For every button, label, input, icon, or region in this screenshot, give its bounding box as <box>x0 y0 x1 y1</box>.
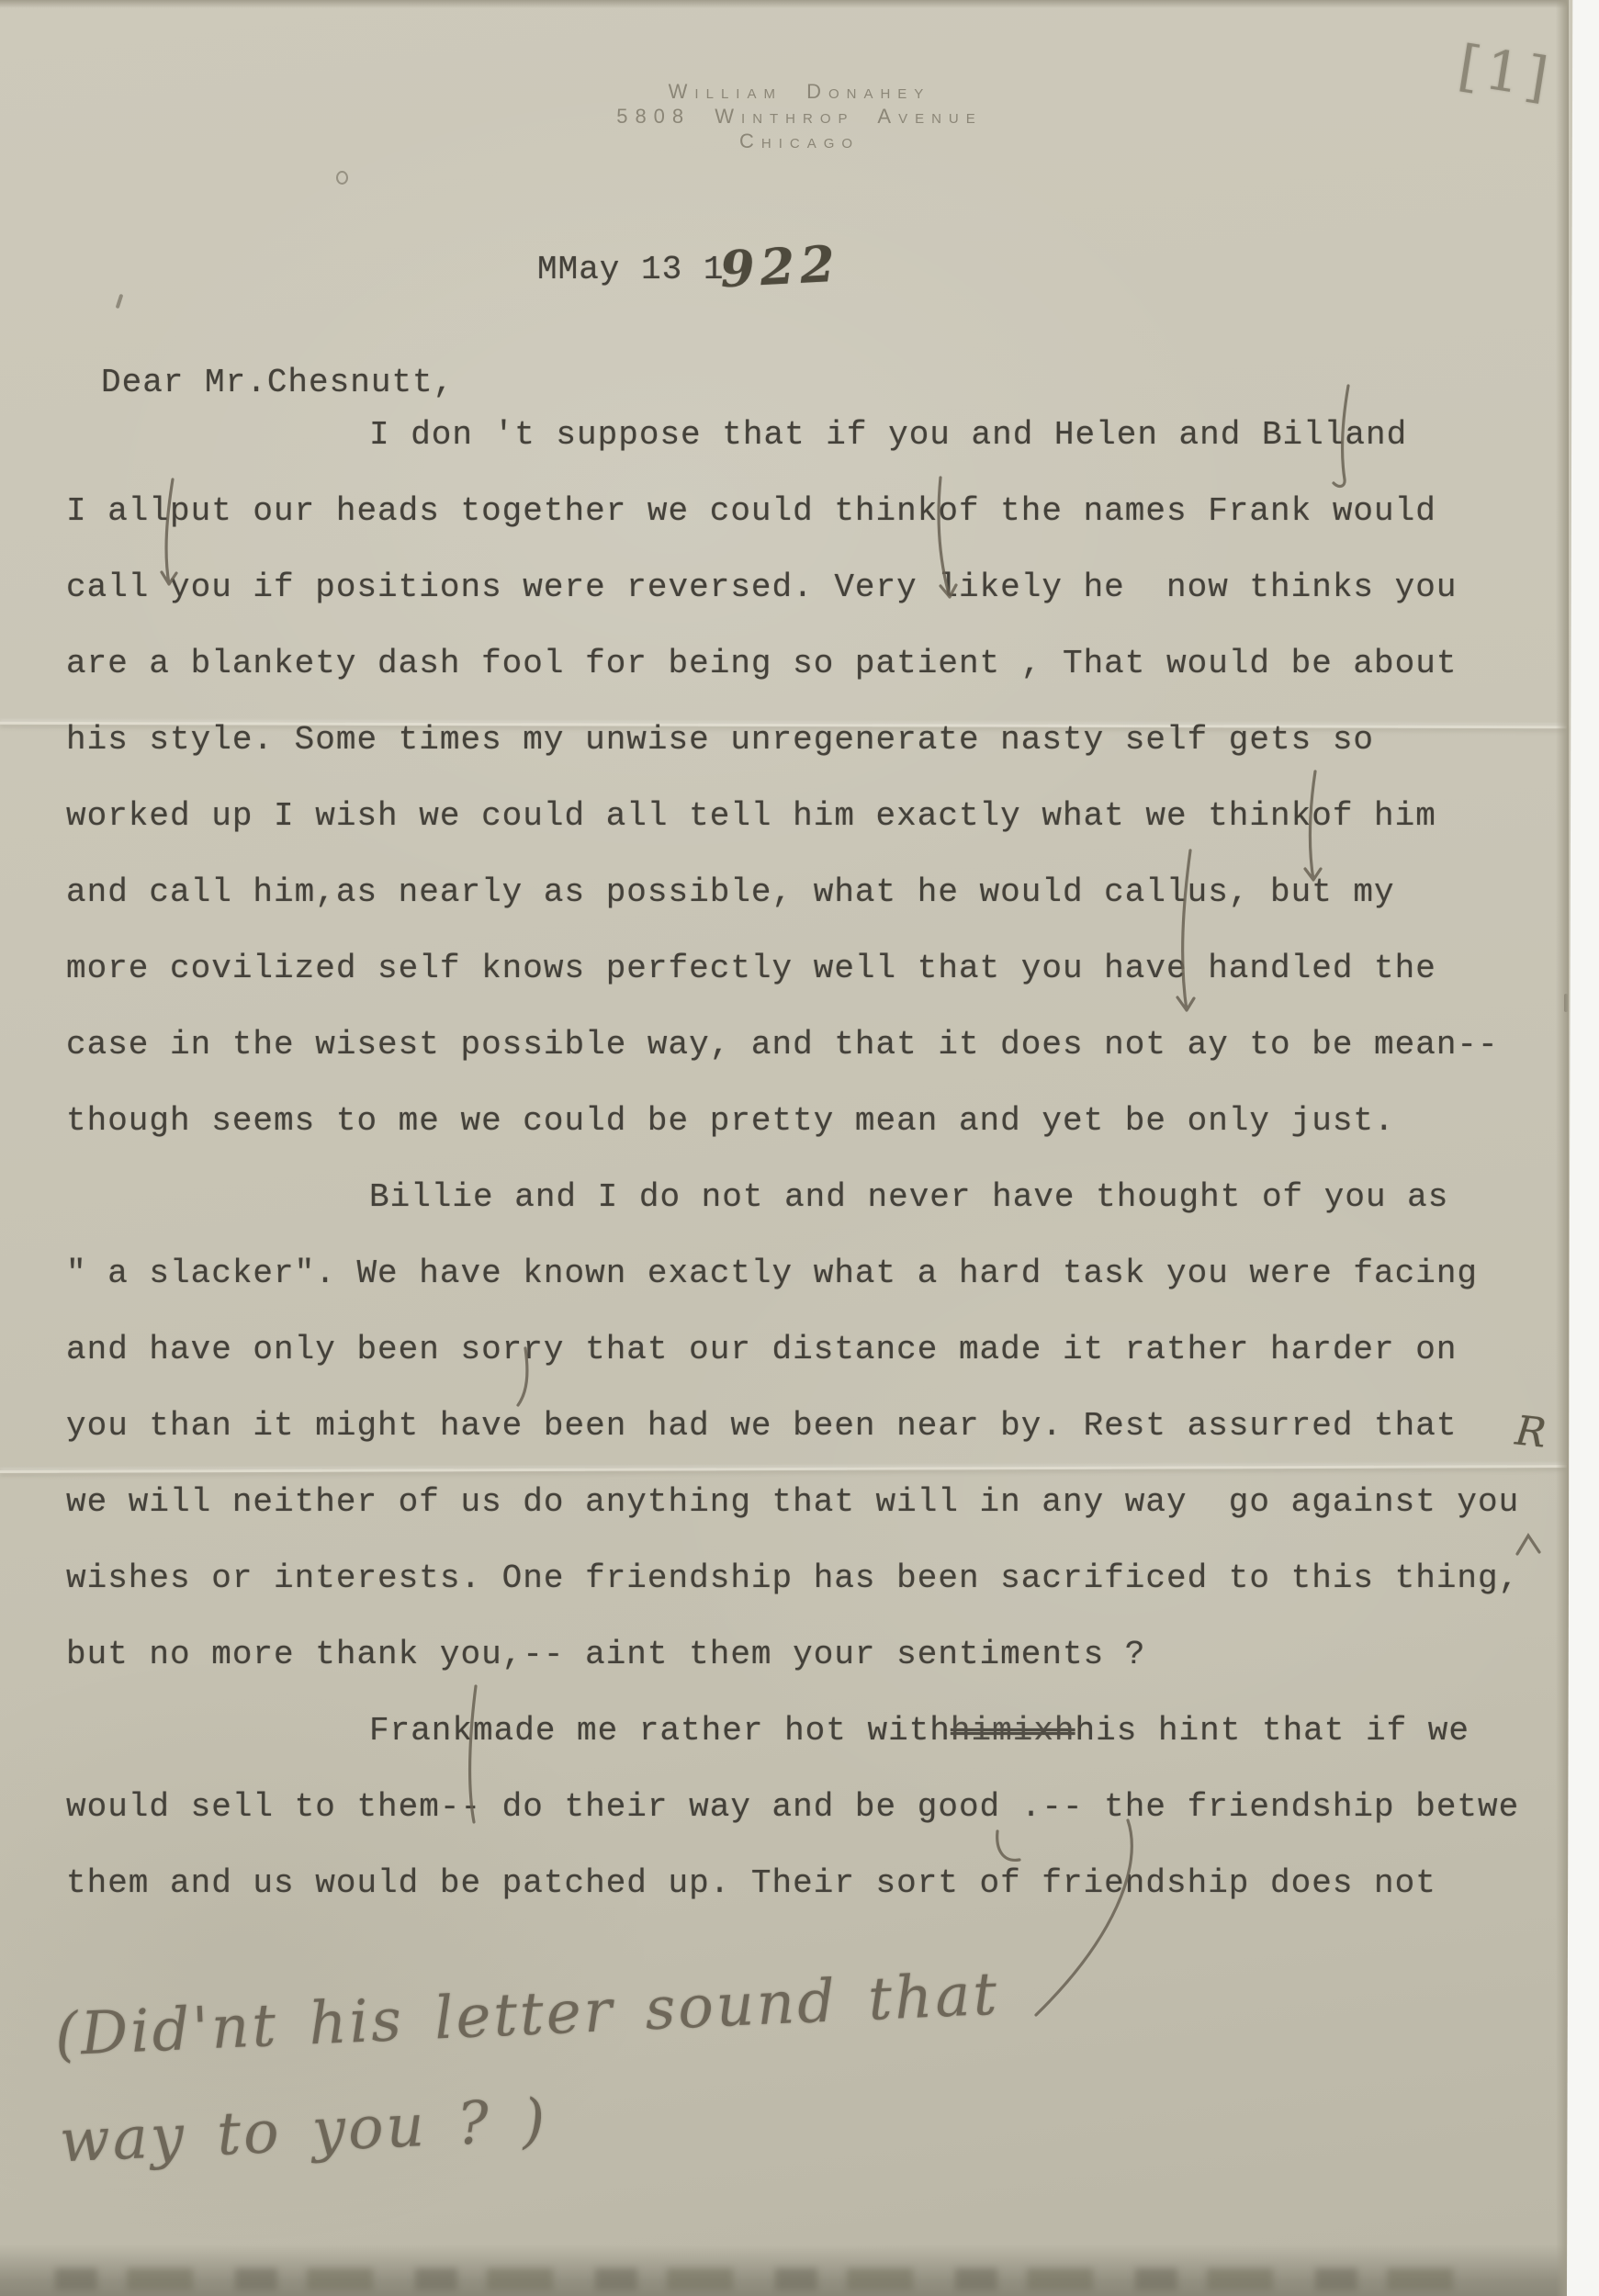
struck-text: himixh <box>951 1712 1075 1750</box>
date-line: MMay 13 1922 <box>537 237 840 296</box>
typed-line: case in the wisest possible way, and tha… <box>66 1007 1572 1083</box>
typed-line: more covilized self knows perfectly well… <box>66 930 1572 1007</box>
typed-line: but no more thank you,-- aint them your … <box>66 1616 1572 1693</box>
pencil-inserted-r: R <box>1513 1407 1548 1457</box>
typed-line: would sell to them-- do their way and be… <box>66 1769 1572 1845</box>
typed-line: Frankmade me rather hot withhimixhhis hi… <box>66 1693 1572 1769</box>
scanner-background-strip <box>1567 0 1599 2296</box>
typed-line: I don 't suppose that if you and Helen a… <box>66 397 1572 473</box>
typed-line: " a slacker". We have known exactly what… <box>66 1235 1572 1311</box>
typed-line: we will neither of us do anything that w… <box>66 1464 1572 1540</box>
typed-text: Frankmade me rather hot with <box>369 1712 951 1750</box>
typed-body: I don 't suppose that if you and Helen a… <box>66 397 1572 1921</box>
typed-line: worked up I wish we could all tell him e… <box>66 778 1572 854</box>
handwritten-note: (Did'nt his letter sound that way to you… <box>52 1941 1006 2196</box>
typed-line: and call him,as nearly as possible, what… <box>66 854 1572 930</box>
typed-line: his style. Some times my unwise unregene… <box>66 702 1572 778</box>
typed-line: Billie and I do not and never have thoug… <box>66 1159 1572 1235</box>
paper-speck <box>116 294 124 309</box>
paper-right-edge-shadow <box>1556 0 1569 2296</box>
scan-top-smudge <box>0 0 1567 8</box>
letter-page: [1] William Donahey 5808 Winthrop Avenue… <box>0 0 1599 2296</box>
typed-line: though seems to me we could be pretty me… <box>66 1083 1572 1159</box>
date-typed: MMay 13 1 <box>537 251 724 288</box>
typed-line: call you if positions were reversed. Ver… <box>66 549 1572 625</box>
typed-text: his hint that if we <box>1075 1712 1470 1750</box>
letterhead-name: William Donahey <box>0 79 1599 104</box>
salutation: Dear Mr.Chesnutt, <box>101 364 454 401</box>
typed-line: you than it might have been had we been … <box>66 1388 1572 1464</box>
letterhead: William Donahey 5808 Winthrop Avenue Chi… <box>0 79 1599 153</box>
letterhead-address: 5808 Winthrop Avenue <box>0 104 1599 129</box>
typed-line: I allput our heads together we could thi… <box>66 473 1572 549</box>
letterhead-city: Chicago <box>0 129 1599 153</box>
typed-line: are a blankety dash fool for being so pa… <box>66 625 1572 702</box>
typed-line: and have only been sorry that our distan… <box>66 1311 1572 1388</box>
date-handwritten-year: 922 <box>719 234 842 299</box>
paper-speck <box>336 171 348 185</box>
scan-bottom-ghost-text <box>55 2268 1488 2290</box>
typed-line: them and us would be patched up. Their s… <box>66 1845 1572 1921</box>
typed-line: wishes or interests. One friendship has … <box>66 1540 1572 1616</box>
